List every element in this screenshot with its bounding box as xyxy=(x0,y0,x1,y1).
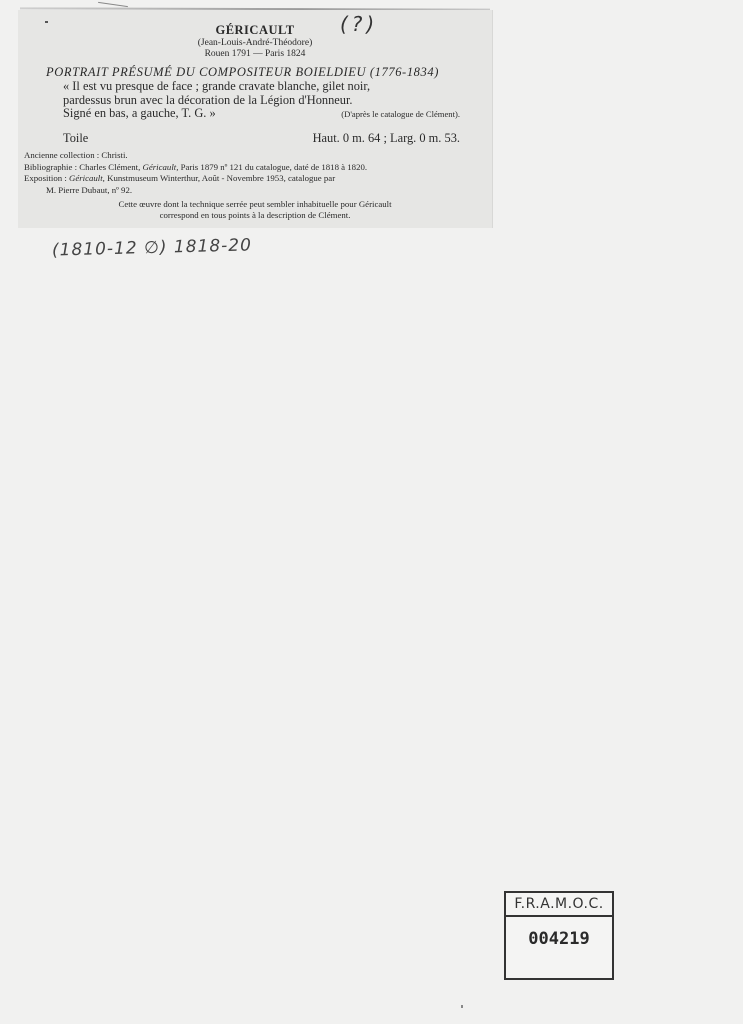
handwritten-question-mark: (?) xyxy=(340,12,378,36)
description-line: pardessus brun avec la décoration de la … xyxy=(63,94,458,108)
artist-full-name: (Jean-Louis-André-Théodore) xyxy=(18,38,492,48)
artwork-description: « Il est vu presque de face ; grande cra… xyxy=(63,80,458,121)
provenance: Ancienne collection : Christi. xyxy=(24,150,488,162)
provenance-block: Ancienne collection : Christi. Bibliogra… xyxy=(24,150,488,196)
artist-life-dates: Rouen 1791 — Paris 1824 xyxy=(18,49,492,59)
exhibition-continuation: M. Pierre Dubaut, nº 92. xyxy=(24,185,488,197)
stamp-number: 004219 xyxy=(506,929,612,949)
artist-name: GÉRICAULT xyxy=(18,23,492,38)
speck xyxy=(461,1005,463,1008)
curatorial-note: Cette œuvre dont la technique serrée peu… xyxy=(18,199,492,221)
bibliography: Bibliographie : Charles Clément, Géricau… xyxy=(24,162,488,174)
catalogue-label: GÉRICAULT (?) (Jean-Louis-André-Théodore… xyxy=(18,10,493,228)
dimensions: Haut. 0 m. 64 ; Larg. 0 m. 53. xyxy=(313,131,460,146)
inventory-stamp: F.R.A.M.O.C. 004219 xyxy=(504,891,614,980)
medium: Toile xyxy=(63,131,88,145)
pencil-stroke xyxy=(98,2,128,7)
medium-dimensions-row: Toile Haut. 0 m. 64 ; Larg. 0 m. 53. xyxy=(63,131,458,146)
exhibition: Exposition : Géricault, Kunstmuseum Wint… xyxy=(24,173,488,185)
description-line: « Il est vu presque de face ; grande cra… xyxy=(63,80,458,94)
description-source: (D'après le catalogue de Clément). xyxy=(341,108,460,122)
stamp-header: F.R.A.M.O.C. xyxy=(506,893,612,917)
handwritten-dating: (1810-12 ∅) 1818-20 xyxy=(52,235,252,260)
artwork-title: PORTRAIT PRÉSUMÉ DU COMPOSITEUR BOIELDIE… xyxy=(46,65,439,80)
